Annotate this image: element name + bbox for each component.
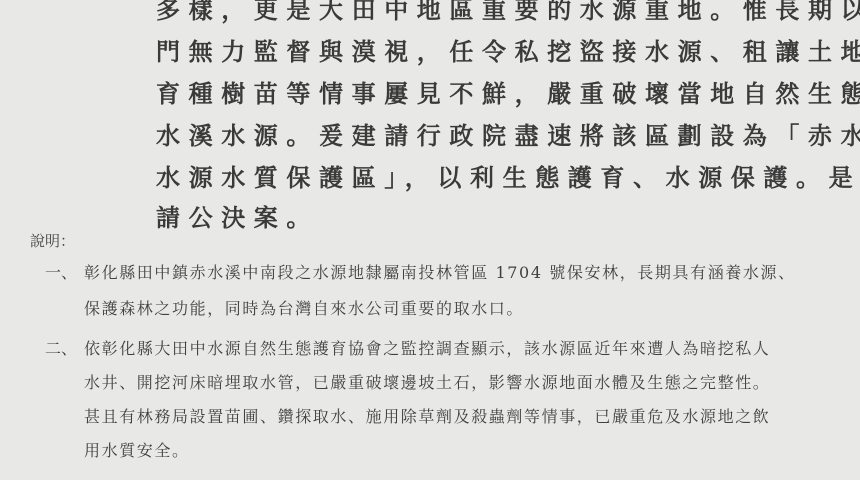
item-line: 水井、開挖河床暗埋取水管，已嚴重破壞邊坡土石，影響水源地面水體及生態之完整性。 xyxy=(84,372,770,394)
item-number: 二、 xyxy=(45,338,77,360)
item-line: 甚且有林務局設置苗圃、鑽探取水、施用除草劑及殺蟲劑等情事，已嚴重危及水源地之飲 xyxy=(84,406,770,428)
item-line: 彰化縣田中鎮赤水溪中南段之水源地隸屬南投林管區 1704 號保安林，長期具有涵養… xyxy=(84,262,796,284)
motion-line: 水源水質保護區」，以利生態護育、水源保護。是否有當， xyxy=(156,162,860,194)
scanned-document-page: 多樣，更是大田中地區重要的水源重地。惟長期以來政府部 門無力監督與漠視，任令私挖… xyxy=(0,0,860,480)
motion-line: 育種樹苗等情事屢見不鮮，嚴重破壞當地自然生態與汙染赤 xyxy=(156,78,860,110)
motion-line: 水溪水源。爰建請行政院盡速將該區劃設為「赤水溪飲用水 xyxy=(156,120,860,152)
item-line: 依彰化縣大田中水源自然生態護育協會之監控調查顯示，該水源區近年來遭人為暗挖私人 xyxy=(84,338,770,360)
motion-line: 請公決案。 xyxy=(156,202,319,234)
motion-line: 門無力監督與漠視，任令私挖盜接水源、租讓土地進行開發 xyxy=(156,36,860,68)
explanation-label: 說明： xyxy=(30,230,75,251)
item-line: 保護森林之功能，同時為台灣自來水公司重要的取水口。 xyxy=(84,298,524,320)
item-line: 用水質安全。 xyxy=(84,440,190,462)
item-number: 一、 xyxy=(45,262,77,284)
motion-line: 多樣，更是大田中地區重要的水源重地。惟長期以來政府部 xyxy=(156,0,860,26)
